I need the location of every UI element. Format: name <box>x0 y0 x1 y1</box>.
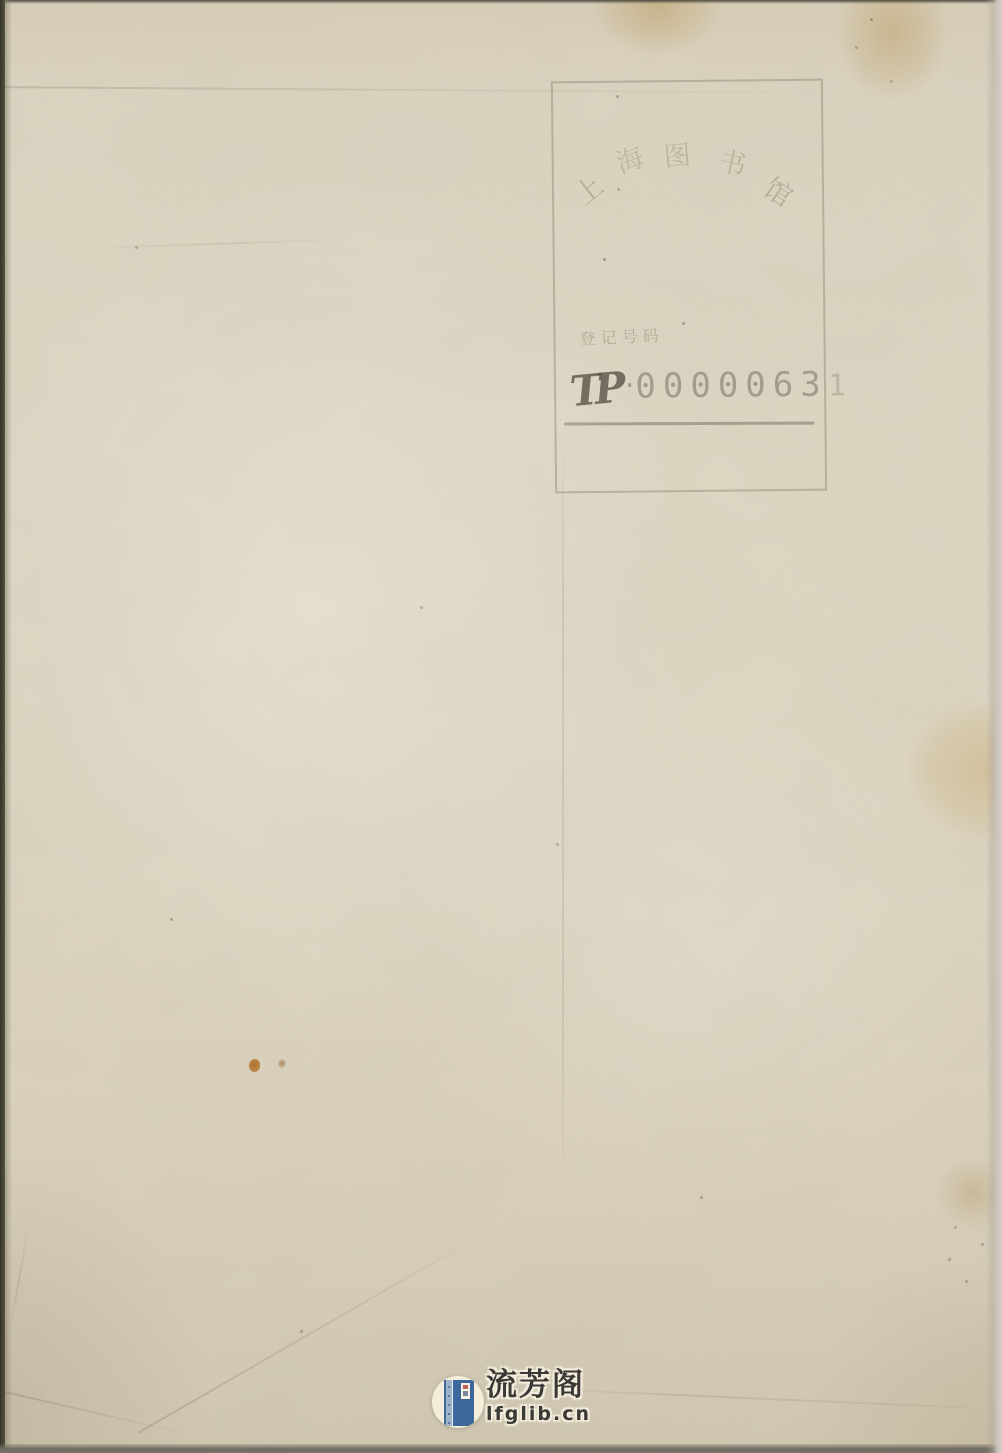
watermark: 流芳阁 lfglib.cn <box>430 1368 660 1438</box>
paper-texture <box>0 0 1002 1453</box>
watermark-badge <box>432 1376 484 1428</box>
book-title-label <box>461 1383 470 1399</box>
scan-edge-right <box>986 0 1002 1453</box>
stamp-character: 上 <box>565 165 610 212</box>
registration-number-prefix: TP <box>568 363 621 417</box>
registration-number-digits: 0000063 <box>635 365 828 407</box>
crease <box>8 1223 30 1337</box>
scanned-page: 上 海 图 书 馆 登记号码 TP·00000631 流芳阁 lfglib.cn <box>0 0 1002 1453</box>
stain-right-middle <box>868 668 1002 873</box>
ink-spot <box>249 1059 260 1072</box>
stain-top-right-corner <box>812 0 967 153</box>
registration-number: TP·00000631 <box>570 362 846 414</box>
registration-number-separator: · <box>625 369 635 404</box>
crease <box>70 238 370 250</box>
scan-edge-left-shadow <box>5 0 12 1453</box>
stamp-character: 图 <box>662 133 693 174</box>
site-url: lfglib.cn <box>486 1404 591 1424</box>
crease <box>562 430 564 1200</box>
ink-spot <box>278 1059 286 1068</box>
stamp-character: 书 <box>716 139 751 183</box>
watermark-text: 流芳阁 lfglib.cn <box>486 1368 591 1424</box>
stamp-character: 馆 <box>758 167 802 214</box>
registration-label: 登记号码 <box>579 323 664 350</box>
stamp-character: 海 <box>610 135 648 181</box>
book-spine <box>446 1380 453 1426</box>
book-stitches <box>448 1386 450 1388</box>
stain-top-center <box>565 0 750 73</box>
scan-edge-left <box>0 0 5 1453</box>
scan-edge-bottom <box>0 1444 1002 1453</box>
registration-underline <box>564 422 814 426</box>
registration-number-suffix: 1 <box>828 368 846 403</box>
traditional-book-icon <box>444 1380 474 1426</box>
stain-bottom-right <box>918 1138 1002 1248</box>
scan-edge-top <box>0 0 1002 4</box>
library-stamp-box: 上 海 图 书 馆 登记号码 TP·00000631 <box>551 79 827 494</box>
site-name: 流芳阁 <box>486 1368 591 1402</box>
crease <box>0 1388 197 1437</box>
